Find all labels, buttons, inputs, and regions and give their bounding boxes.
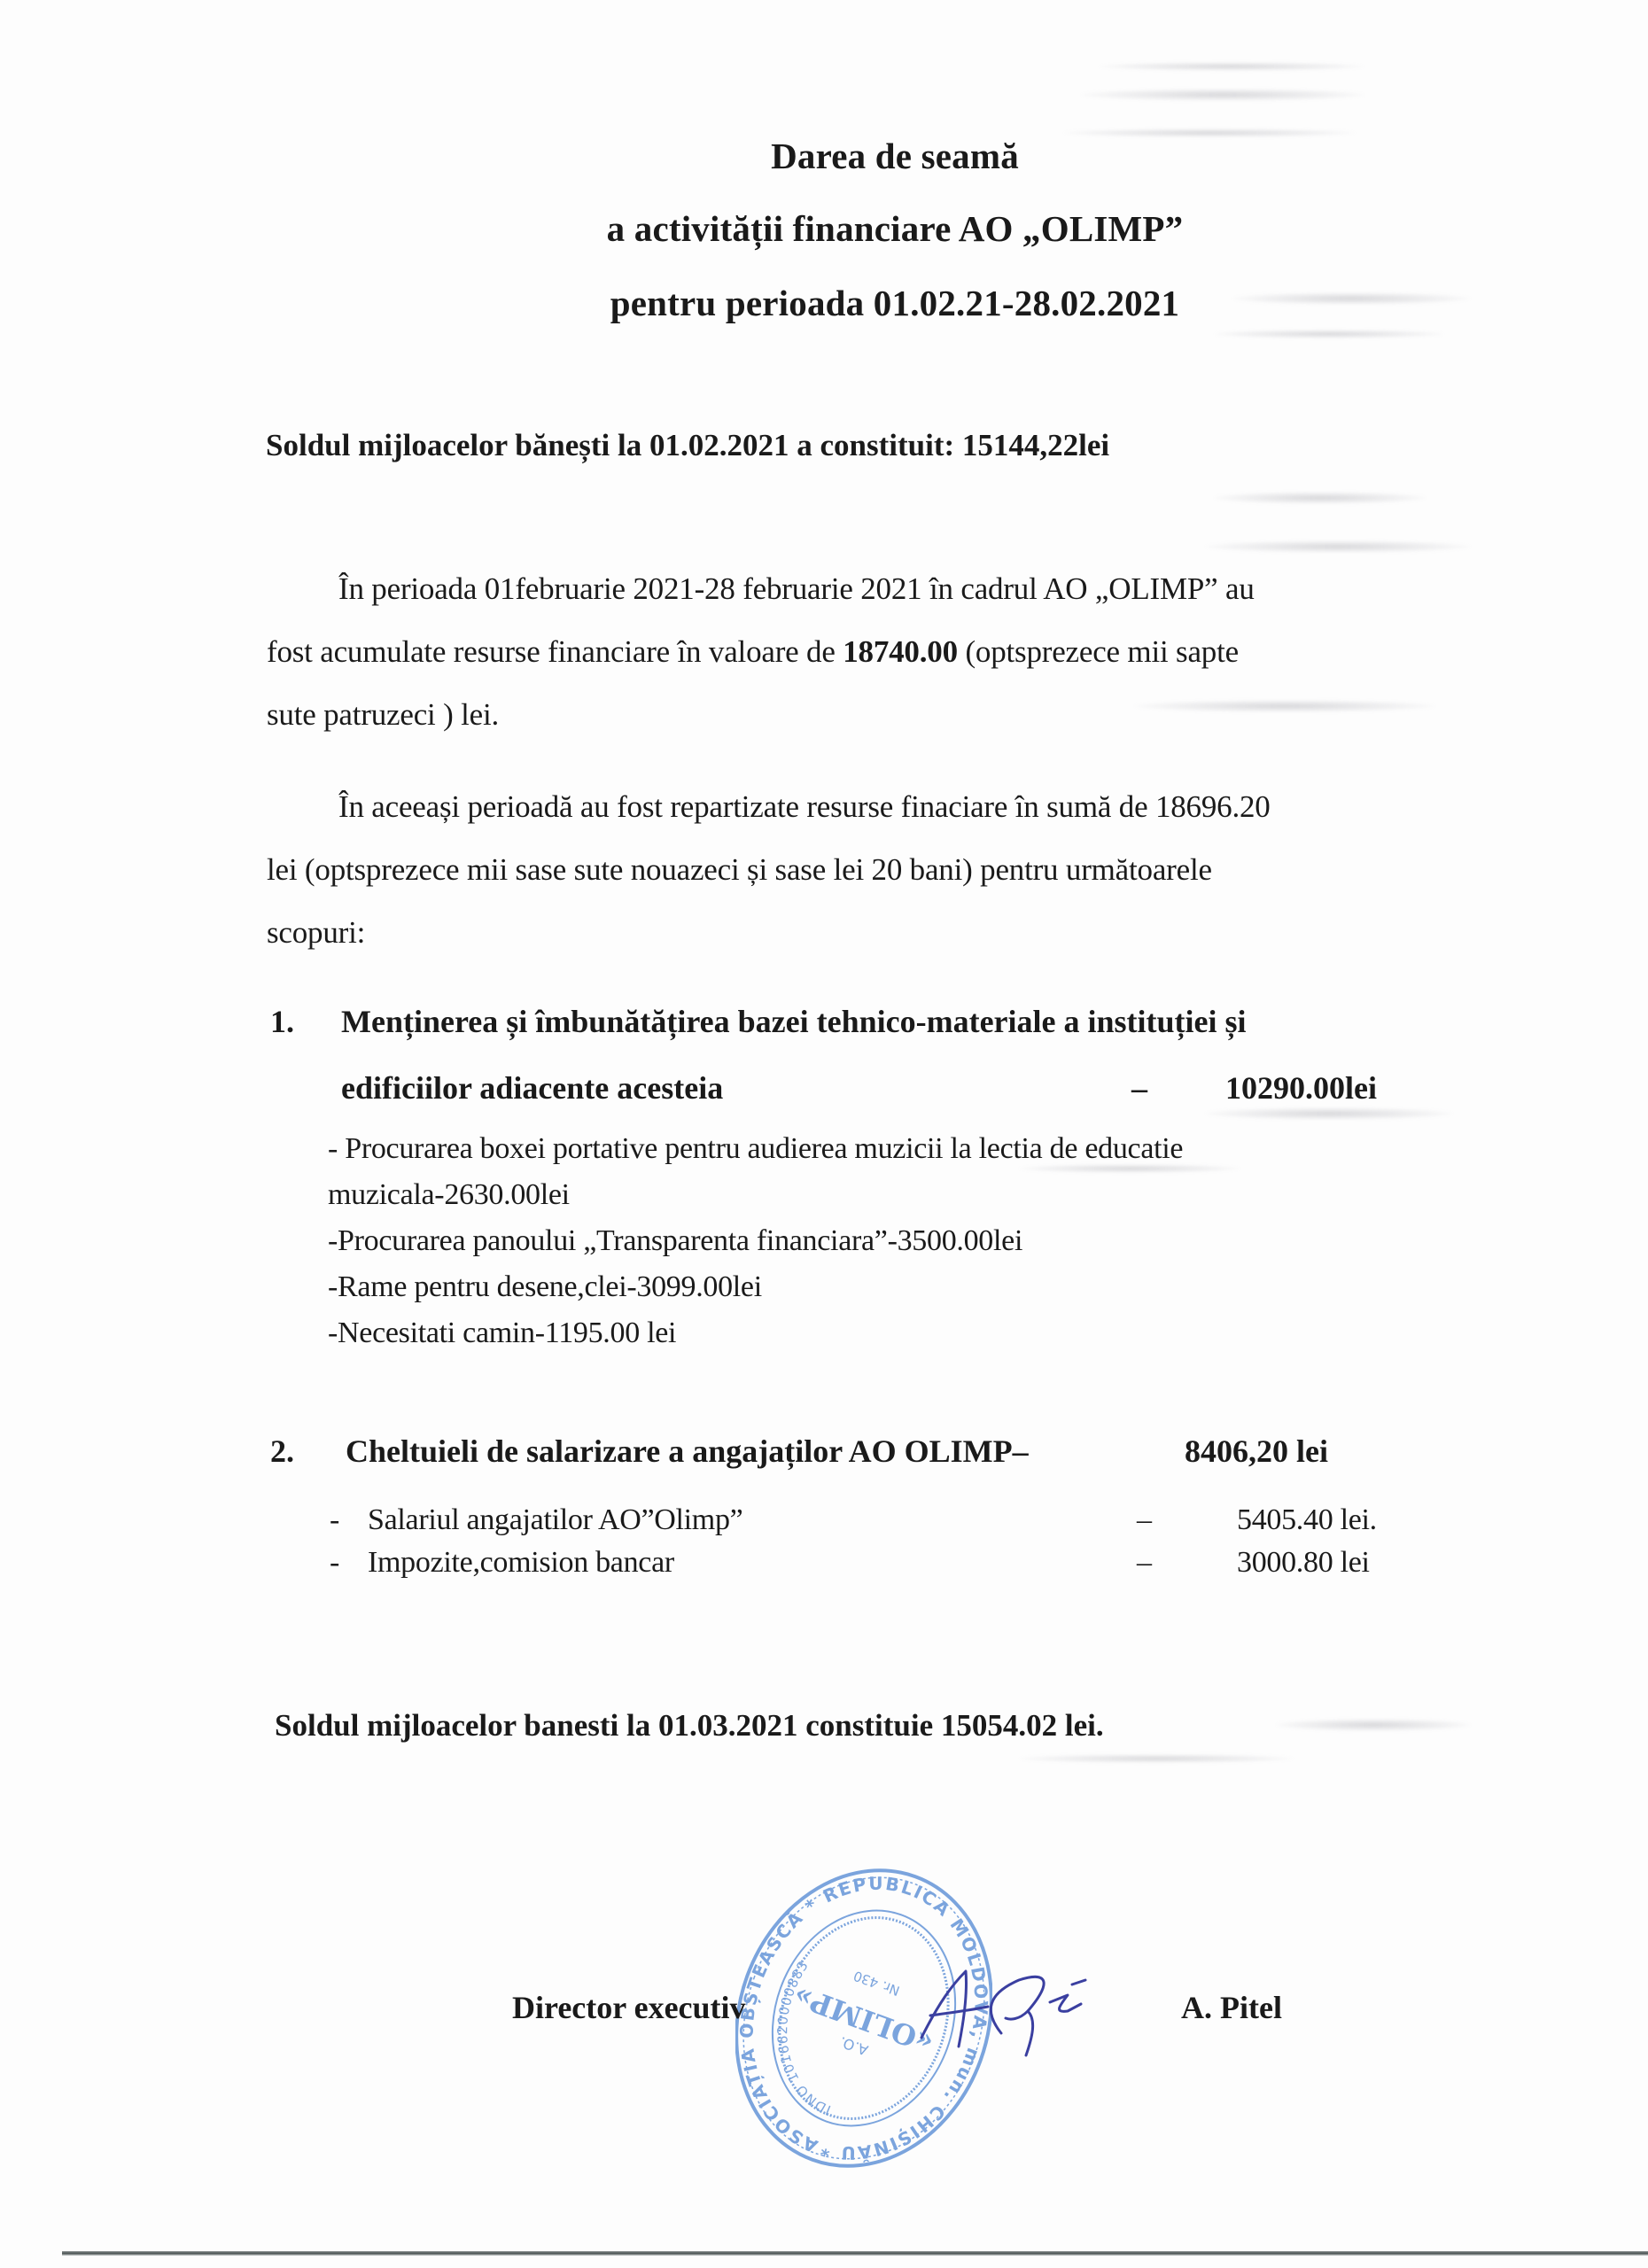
income-paragraph-line-2: fost acumulate resurse financiare în val… (267, 634, 1239, 670)
scan-page-edge (62, 2251, 1648, 2256)
scan-smudge (1214, 330, 1444, 338)
closing-balance: Soldul mijloacelor banesti la 01.03.2021… (275, 1708, 1104, 1744)
expense-paragraph-line-3: scopuri: (267, 915, 365, 951)
item-1-title-line-2: edificiilor adiacente acesteia (341, 1069, 723, 1107)
scan-smudge (1214, 492, 1426, 504)
scan-smudge (1134, 700, 1435, 712)
document-title-line-3: pentru perioada 01.02.21-28.02.2021 (0, 282, 1648, 324)
scan-smudge (1205, 540, 1471, 553)
income-text: fost acumulate resurse financiare în val… (267, 634, 843, 669)
item-2-subitem-amount: 5405.40 lei. (1237, 1503, 1377, 1537)
item-1-subitem: -Procurarea panoului „Transparenta finan… (328, 1224, 1022, 1258)
income-amount: 18740.00 (843, 634, 958, 669)
closing-balance-amount: 15054.02 lei. (941, 1708, 1104, 1743)
item-2-subitem-label: Impozite,comision bancar (368, 1546, 674, 1580)
item-1-subitem: -Necesitati camin-1195.00 lei (328, 1317, 676, 1350)
income-paragraph-line-1: În perioada 01februarie 2021-28 februari… (338, 571, 1255, 607)
income-paragraph-line-3: sute patruzeci ) lei. (267, 697, 499, 733)
handwritten-signature (904, 1949, 1134, 2082)
item-1-subitem: - Procurarea boxei portative pentru audi… (328, 1132, 1183, 1166)
item-2-subitem-dash: – (1137, 1546, 1152, 1580)
item-2-subitem-dash: – (1137, 1503, 1152, 1537)
scan-smudge (1205, 1107, 1453, 1120)
item-1-title-line-1: Menținerea și îmbunătățirea bazei tehnic… (341, 1003, 1247, 1040)
scan-smudge (1019, 1754, 1294, 1763)
expense-paragraph-line-2: lei (optsprezece mii sase sute nouazeci … (267, 852, 1212, 888)
item-1-dash: – (1131, 1069, 1147, 1107)
opening-balance-amount: 15144,22lei (962, 428, 1109, 462)
document-title-line-2: a activității financiare AO „OLIMP” (0, 207, 1648, 250)
item-2-subitem-label: Salariul angajatilor AO”Olimp” (368, 1503, 742, 1537)
item-1-subitem: muzicala-2630.00lei (328, 1178, 570, 1212)
item-1-subitem: -Rame pentru desene,clei-3099.00lei (328, 1270, 762, 1304)
item-1-total: 10290.00lei (1225, 1069, 1377, 1107)
svg-text:Nr. 430: Nr. 430 (851, 1968, 902, 1999)
scan-smudge (1099, 62, 1364, 71)
item-1-number: 1. (270, 1003, 294, 1040)
scan-smudge (1276, 1719, 1471, 1731)
closing-balance-label: Soldul mijloacelor banesti la 01.03.2021… (275, 1708, 941, 1743)
item-2-title: Cheltuieli de salarizare a angajaților A… (346, 1433, 1029, 1470)
expense-paragraph-line-1: În aceeași perioadă au fost repartizate … (338, 789, 1271, 825)
scan-smudge (1081, 89, 1364, 101)
signatory-name: A. Pitel (1181, 1989, 1282, 2026)
item-2-number: 2. (270, 1433, 294, 1470)
signatory-role: Director executiv (512, 1989, 746, 2026)
opening-balance: Soldul mijloacelor bănești la 01.02.2021… (266, 428, 1109, 463)
item-2-subitem-amount: 3000.80 lei (1237, 1546, 1370, 1580)
item-2-subitem-bullet: - (330, 1546, 339, 1580)
opening-balance-label: Soldul mijloacelor bănești la 01.02.2021… (266, 428, 954, 462)
income-text-words: (optsprezece mii sapte (958, 634, 1239, 669)
document-title-line-1: Darea de seamă (0, 135, 1648, 177)
item-2-total: 8406,20 lei (1185, 1433, 1328, 1470)
item-2-subitem-bullet: - (330, 1503, 339, 1537)
